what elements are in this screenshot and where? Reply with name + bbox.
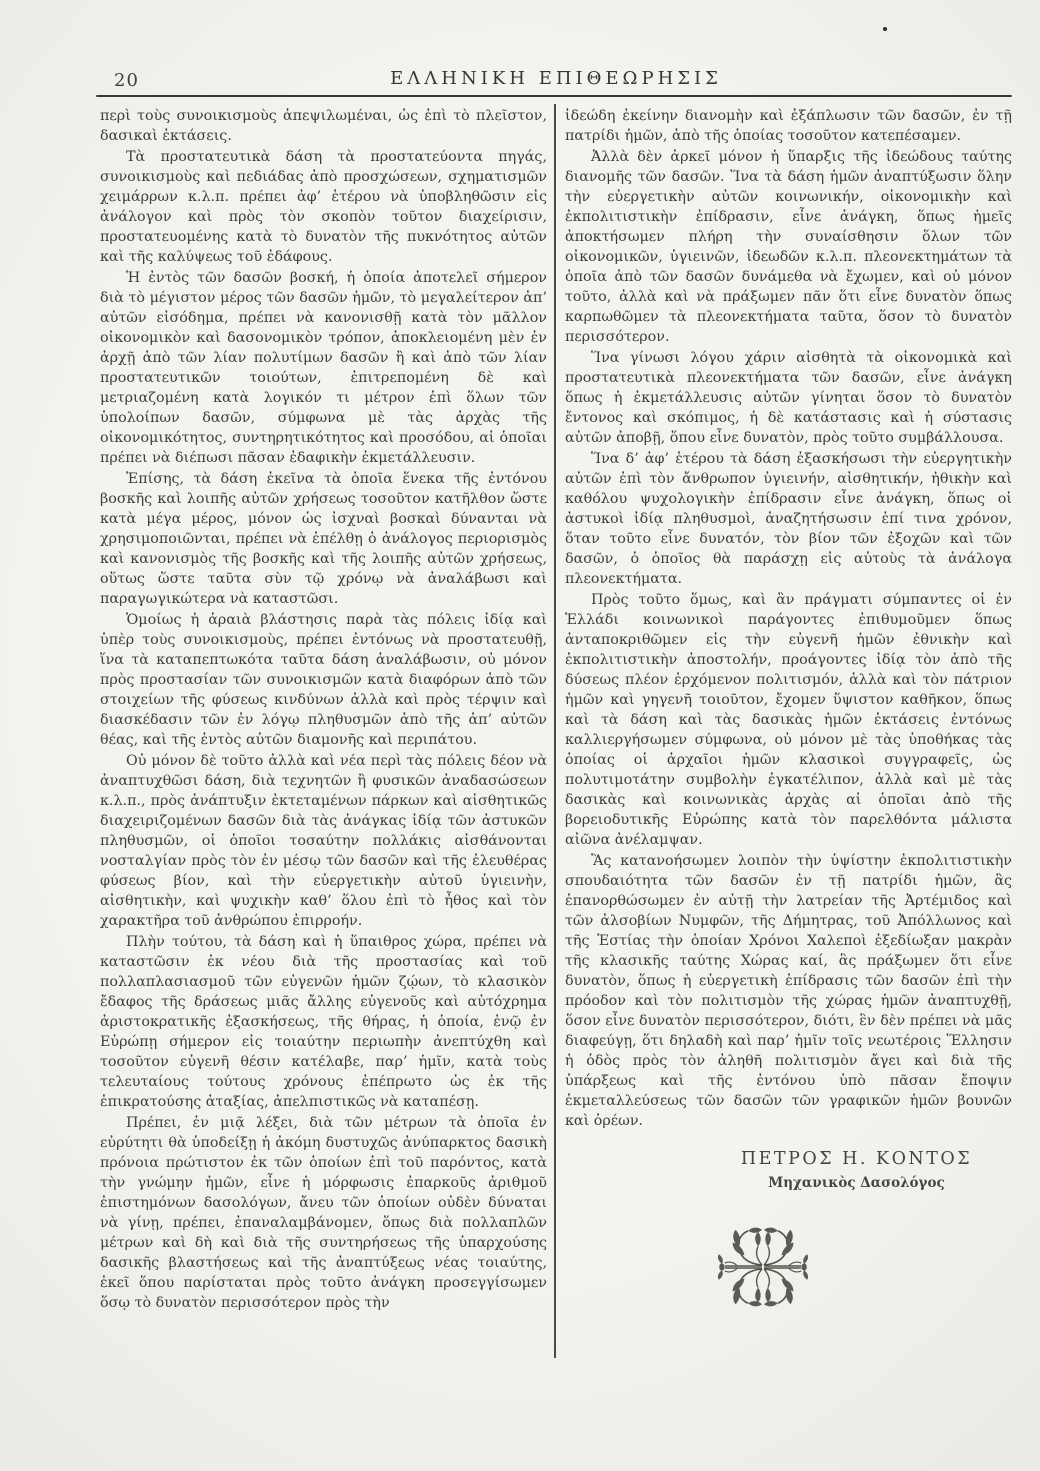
paragraph: Ὁμοίως ἡ ἀραιὰ βλάστησις παρὰ τὰς πόλεις…: [100, 610, 547, 750]
scanned-journal-page: { "page": { "number": "20", "journal_tit…: [0, 0, 1040, 1471]
column-divider: [554, 104, 556, 1358]
paragraph: Πρὸς τοῦτο ὅμως, καὶ ἂν πράγματι σύμπαντ…: [565, 590, 1012, 850]
paragraph: Ἂς κατανοήσωμεν λοιπὸν τὴν ὑψίστην ἐκπολ…: [565, 851, 1012, 1131]
ink-speck: [883, 27, 887, 31]
header-rule: [96, 95, 1012, 97]
signature-block: ΠΕΤΡΟΣ Η. ΚΟΝΤΟΣ Μηχανικὸς Δασολόγος: [633, 1149, 1040, 1193]
paragraph: Πρέπει, ἐν μιᾷ λέξει, διὰ τῶν μέτρων τὰ …: [100, 1113, 547, 1313]
floral-ornament: [539, 1227, 986, 1313]
paragraph: Τὰ προστατευτικὰ δάση τὰ προστατεύοντα π…: [100, 147, 547, 267]
paragraph: Ἀλλὰ δὲν ἀρκεῖ μόνον ἡ ὕπαρξις τῆς ἰδεώδ…: [565, 147, 1012, 347]
signature-name: ΠΕΤΡΟΣ Η. ΚΟΝΤΟΣ: [633, 1149, 1040, 1169]
paragraph: περὶ τοὺς συνοικισμοὺς ἀπεψιλωμέναι, ὡς …: [100, 106, 547, 146]
right-column-paragraphs: ἰδεώδη ἐκείνην διανομὴν καὶ ἐξάπλωσιν τῶ…: [565, 106, 1012, 1131]
paragraph: Οὐ μόνον δὲ τοῦτο ἀλλὰ καὶ νέα περὶ τὰς …: [100, 751, 547, 931]
left-column: περὶ τοὺς συνοικισμοὺς ἀπεψιλωμέναι, ὡς …: [100, 106, 547, 1314]
right-column: ἰδεώδη ἐκείνην διανομὴν καὶ ἐξάπλωσιν τῶ…: [565, 106, 1012, 1313]
paragraph: Ἐπίσης, τὰ δάση ἐκεῖνα τὰ ὁποῖα ἕνεκα τῆ…: [100, 469, 547, 609]
signature-role: Μηχανικὸς Δασολόγος: [633, 1173, 1040, 1193]
paragraph: Ἵνα δ’ ἀφ’ ἑτέρου τὰ δάση ἐξασκήσωσι τὴν…: [565, 449, 1012, 589]
paragraph: ἰδεώδη ἐκείνην διανομὴν καὶ ἐξάπλωσιν τῶ…: [565, 106, 1012, 146]
running-head: 20 ΕΛΛΗΝΙΚΗ ΕΠΙΘΕΩΡΗΣΙΣ: [100, 68, 1012, 94]
paragraph: Ἡ ἐντὸς τῶν δασῶν βοσκή, ἡ ὁποία ἀποτελε…: [100, 268, 547, 468]
left-column-paragraphs: περὶ τοὺς συνοικισμοὺς ἀπεψιλωμέναι, ὡς …: [100, 106, 547, 1313]
paragraph: Πλὴν τούτου, τὰ δάση καὶ ἡ ὕπαιθρος χώρα…: [100, 932, 547, 1112]
paragraph: Ἵνα γίνωσι λόγου χάριν αἰσθητὰ τὰ οἰκονο…: [565, 348, 1012, 448]
journal-title: ΕΛΛΗΝΙΚΗ ΕΠΙΘΕΩΡΗΣΙΣ: [100, 68, 1012, 89]
